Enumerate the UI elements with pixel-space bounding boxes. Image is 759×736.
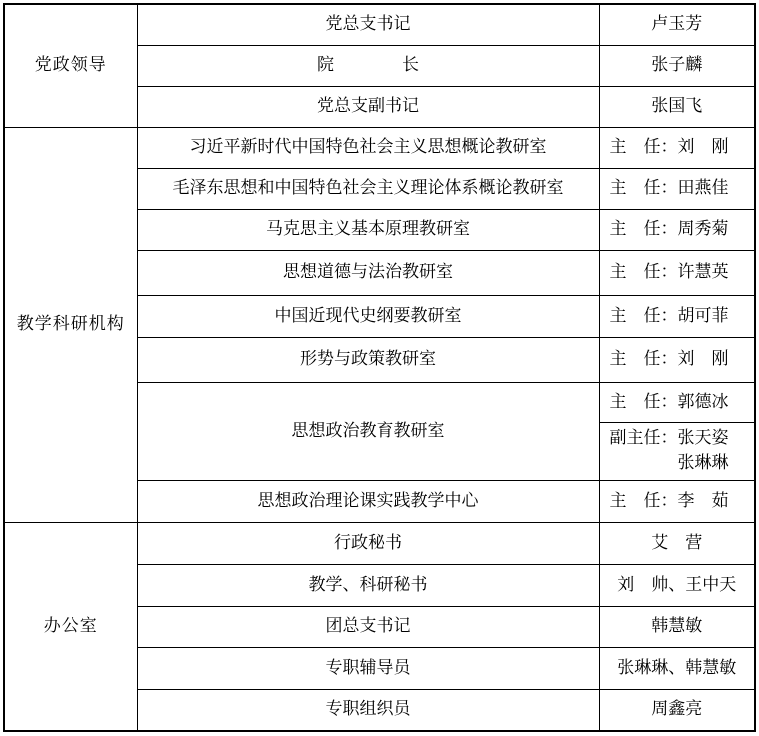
person-cell: 卢玉芳 bbox=[599, 4, 755, 45]
person-cell: 主 任：李 茹 bbox=[599, 480, 755, 522]
position-cell: 专职组织员 bbox=[137, 689, 599, 731]
person-cell: 主 任：刘 刚 bbox=[599, 337, 755, 382]
person-cell: 张子麟 bbox=[599, 45, 755, 86]
person-cell: 艾 营 bbox=[599, 522, 755, 564]
person-cell: 韩慧敏 bbox=[599, 606, 755, 647]
category-cell-leadership: 党政领导 bbox=[4, 4, 137, 127]
position-cell: 专职辅导员 bbox=[137, 647, 599, 689]
person-cell: 主 任：许慧英 bbox=[599, 250, 755, 295]
position-cell: 院 长 bbox=[137, 45, 599, 86]
position-cell: 毛泽东思想和中国特色社会主义理论体系概论教研室 bbox=[137, 168, 599, 209]
position-cell: 党总支书记 bbox=[137, 4, 599, 45]
category-cell-office: 办公室 bbox=[4, 522, 137, 731]
table-row: 办公室 行政秘书 艾 营 bbox=[4, 522, 755, 564]
person-cell: 副主任：张天姿 张琳琳 bbox=[599, 422, 755, 480]
table-row: 党政领导 党总支书记 卢玉芳 bbox=[4, 4, 755, 45]
position-cell: 思想道德与法治教研室 bbox=[137, 250, 599, 295]
person-cell: 张琳琳、韩慧敏 bbox=[599, 647, 755, 689]
person-cell: 主 任：胡可菲 bbox=[599, 295, 755, 337]
person-cell: 主 任：郭德冰 bbox=[599, 382, 755, 422]
person-cell: 张国飞 bbox=[599, 86, 755, 127]
position-cell: 行政秘书 bbox=[137, 522, 599, 564]
position-cell: 思想政治教育教研室 bbox=[137, 382, 599, 480]
position-cell: 马克思主义基本原理教研室 bbox=[137, 209, 599, 250]
table-row: 教学科研机构 习近平新时代中国特色社会主义思想概论教研室 主 任：刘 刚 bbox=[4, 127, 755, 168]
person-cell: 刘 帅、王中天 bbox=[599, 564, 755, 606]
position-cell: 形势与政策教研室 bbox=[137, 337, 599, 382]
person-cell: 主 任：周秀菊 bbox=[599, 209, 755, 250]
position-cell: 思想政治理论课实践教学中心 bbox=[137, 480, 599, 522]
position-cell: 党总支副书记 bbox=[137, 86, 599, 127]
position-cell: 中国近现代史纲要教研室 bbox=[137, 295, 599, 337]
position-cell: 习近平新时代中国特色社会主义思想概论教研室 bbox=[137, 127, 599, 168]
page: { "page": { "background_color": "#ffffff… bbox=[0, 0, 759, 736]
position-cell: 团总支书记 bbox=[137, 606, 599, 647]
category-cell-teaching-research: 教学科研机构 bbox=[4, 127, 137, 522]
position-cell: 教学、科研秘书 bbox=[137, 564, 599, 606]
person-cell: 主 任：田燕佳 bbox=[599, 168, 755, 209]
person-cell: 周鑫亮 bbox=[599, 689, 755, 731]
org-table: 党政领导 党总支书记 卢玉芳 院 长 张子麟 党总支副书记 张国飞 教学科研机构… bbox=[3, 3, 756, 732]
person-cell: 主 任：刘 刚 bbox=[599, 127, 755, 168]
